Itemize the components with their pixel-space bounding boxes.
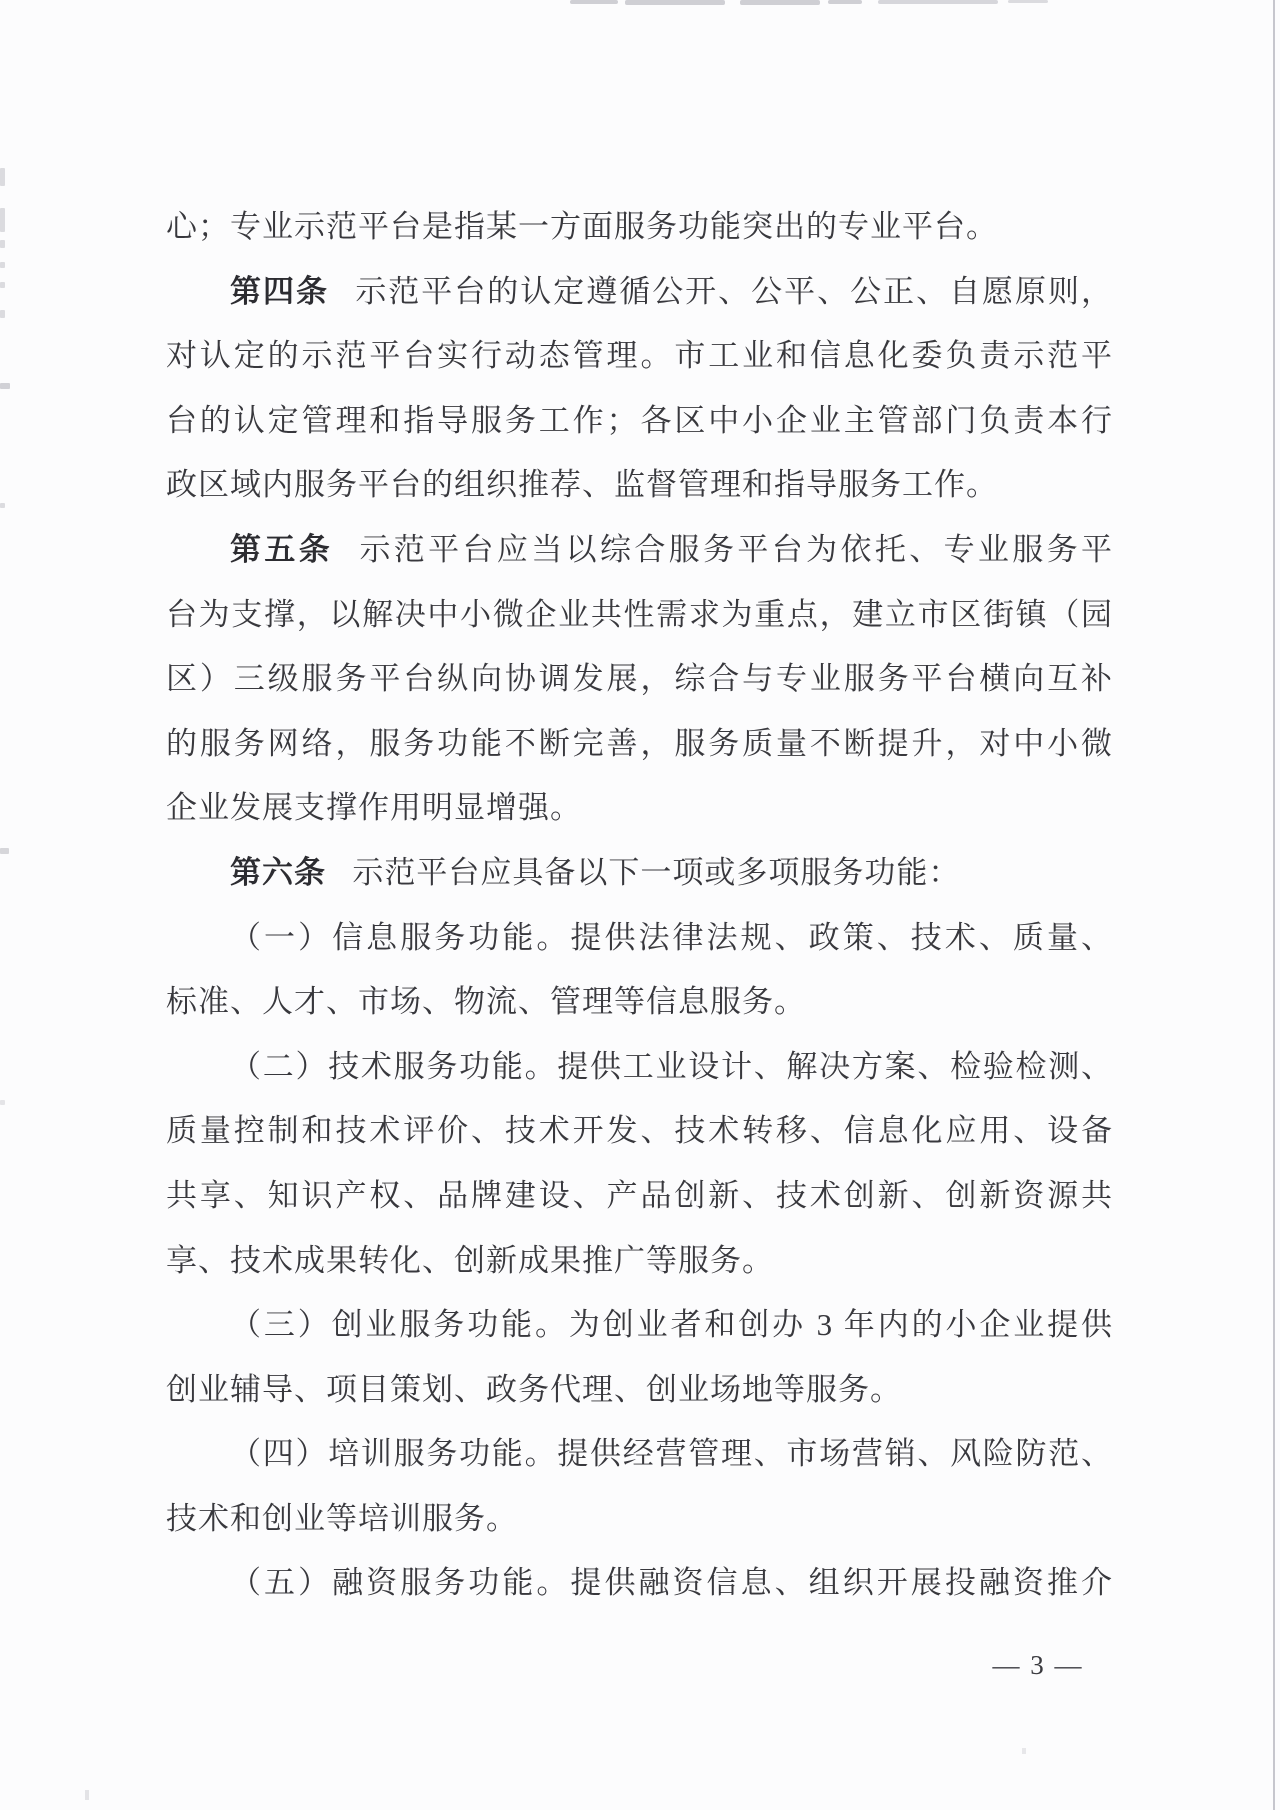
line-text: 台的认定管理和指导服务工作；各区中小企业主管部门负责本行 <box>166 403 1113 438</box>
text-line: 企业发展支撑作用明显增强。 <box>166 776 1113 841</box>
line-text: 政区域内服务平台的组织推荐、监督管理和指导服务工作。 <box>166 467 998 502</box>
text-line: 共享、知识产权、品牌建设、产品创新、技术创新、创新资源共 <box>166 1164 1113 1229</box>
article-number-heading: 第四条 <box>230 274 329 309</box>
text-line: 创业辅导、项目策划、政务代理、创业场地等服务。 <box>166 1358 1113 1423</box>
article-number-heading: 第六条 <box>230 855 326 890</box>
article-number-heading: 第五条 <box>230 532 333 567</box>
line-text: 共享、知识产权、品牌建设、产品创新、技术创新、创新资源共 <box>166 1178 1113 1213</box>
text-line: 享、技术成果转化、创新成果推广等服务。 <box>166 1229 1113 1294</box>
scan-artifact-left-mark <box>0 168 5 186</box>
text-line: 第六条示范平台应具备以下一项或多项服务功能： <box>166 841 1113 906</box>
line-text: （二）技术服务功能。提供工业设计、解决方案、检验检测、 <box>230 1049 1113 1084</box>
line-text: （三）创业服务功能。为创业者和创办 3 年内的小企业提供 <box>230 1307 1113 1342</box>
line-text: 区）三级服务平台纵向协调发展，综合与专业服务平台横向互补 <box>166 661 1113 696</box>
scan-artifact-left-mark <box>0 848 9 854</box>
text-line: 第五条示范平台应当以综合服务平台为依托、专业服务平 <box>166 518 1113 583</box>
line-text: 台为支撑，以解决中小微企业共性需求为重点，建立市区街镇（园 <box>166 597 1113 632</box>
text-line: （三）创业服务功能。为创业者和创办 3 年内的小企业提供 <box>166 1293 1113 1358</box>
text-line: 质量控制和技术评价、技术开发、技术转移、信息化应用、设备 <box>166 1099 1113 1164</box>
text-line: 第四条示范平台的认定遵循公开、公平、公正、自愿原则， <box>166 260 1113 325</box>
scan-artifact-left-mark <box>0 383 10 389</box>
line-text: 心；专业示范平台是指某一方面服务功能突出的专业平台。 <box>166 209 998 244</box>
line-text: 对认定的示范平台实行动态管理。市工业和信息化委负责示范平 <box>166 338 1113 373</box>
text-line: 对认定的示范平台实行动态管理。市工业和信息化委负责示范平 <box>166 324 1113 389</box>
line-text: 的服务网络，服务功能不断完善，服务质量不断提升，对中小微 <box>166 726 1113 761</box>
scan-artifact-top-smudge <box>740 0 820 5</box>
text-line: 台的认定管理和指导服务工作；各区中小企业主管部门负责本行 <box>166 389 1113 454</box>
scan-artifact-left-mark <box>0 310 5 318</box>
scan-artifact-bottom-tick <box>85 1790 89 1800</box>
scan-artifact-left-mark <box>0 262 5 268</box>
line-text: （四）培训服务功能。提供经营管理、市场营销、风险防范、 <box>230 1436 1113 1471</box>
scan-artifact-top-smudge <box>828 0 862 4</box>
scan-artifact-top-smudge <box>625 0 725 5</box>
line-text: 质量控制和技术评价、技术开发、技术转移、信息化应用、设备 <box>166 1113 1113 1148</box>
text-line: （一）信息服务功能。提供法律法规、政策、技术、质量、 <box>166 906 1113 971</box>
line-text: 企业发展支撑作用明显增强。 <box>166 790 582 825</box>
line-text: （一）信息服务功能。提供法律法规、政策、技术、质量、 <box>230 920 1113 955</box>
line-text: 示范平台应具备以下一项或多项服务功能： <box>352 855 960 890</box>
scan-artifact-left-mark <box>0 1100 5 1105</box>
text-line: 台为支撑，以解决中小微企业共性需求为重点，建立市区街镇（园 <box>166 583 1113 648</box>
line-text: 示范平台的认定遵循公开、公平、公正、自愿原则， <box>355 274 1113 309</box>
document-page: 心；专业示范平台是指某一方面服务功能突出的专业平台。第四条示范平台的认定遵循公开… <box>0 0 1280 1810</box>
page-number: — 3 — <box>978 1645 1098 1685</box>
text-line: （四）培训服务功能。提供经营管理、市场营销、风险防范、 <box>166 1422 1113 1487</box>
scan-artifact-left-mark <box>0 208 5 232</box>
scan-artifact-left-mark <box>0 240 5 248</box>
scan-artifact-top-smudge <box>878 0 998 4</box>
text-block: 心；专业示范平台是指某一方面服务功能突出的专业平台。第四条示范平台的认定遵循公开… <box>166 195 1113 1616</box>
scan-artifact-bottom-tick <box>1022 1748 1026 1754</box>
line-text: 创业辅导、项目策划、政务代理、创业场地等服务。 <box>166 1372 902 1407</box>
text-line: 区）三级服务平台纵向协调发展，综合与专业服务平台横向互补 <box>166 647 1113 712</box>
line-text: 示范平台应当以综合服务平台为依托、专业服务平 <box>359 532 1113 567</box>
scan-artifact-right-edge-line <box>1273 0 1275 1810</box>
scan-artifact-left-mark <box>0 282 5 288</box>
text-line: （五）融资服务功能。提供融资信息、组织开展投融资推介 <box>166 1551 1113 1616</box>
text-line: 心；专业示范平台是指某一方面服务功能突出的专业平台。 <box>166 195 1113 260</box>
text-line: 技术和创业等培训服务。 <box>166 1487 1113 1552</box>
text-line: 政区域内服务平台的组织推荐、监督管理和指导服务工作。 <box>166 453 1113 518</box>
scan-artifact-top-smudge <box>570 0 618 4</box>
line-text: 标准、人才、市场、物流、管理等信息服务。 <box>166 984 806 1019</box>
line-text: 享、技术成果转化、创新成果推广等服务。 <box>166 1243 774 1278</box>
text-line: （二）技术服务功能。提供工业设计、解决方案、检验检测、 <box>166 1035 1113 1100</box>
line-text: 技术和创业等培训服务。 <box>166 1501 518 1536</box>
line-text: （五）融资服务功能。提供融资信息、组织开展投融资推介 <box>230 1565 1113 1600</box>
scan-artifact-left-mark <box>0 503 5 508</box>
text-line: 标准、人才、市场、物流、管理等信息服务。 <box>166 970 1113 1035</box>
text-line: 的服务网络，服务功能不断完善，服务质量不断提升，对中小微 <box>166 712 1113 777</box>
scan-artifact-top-smudge <box>1008 0 1048 3</box>
